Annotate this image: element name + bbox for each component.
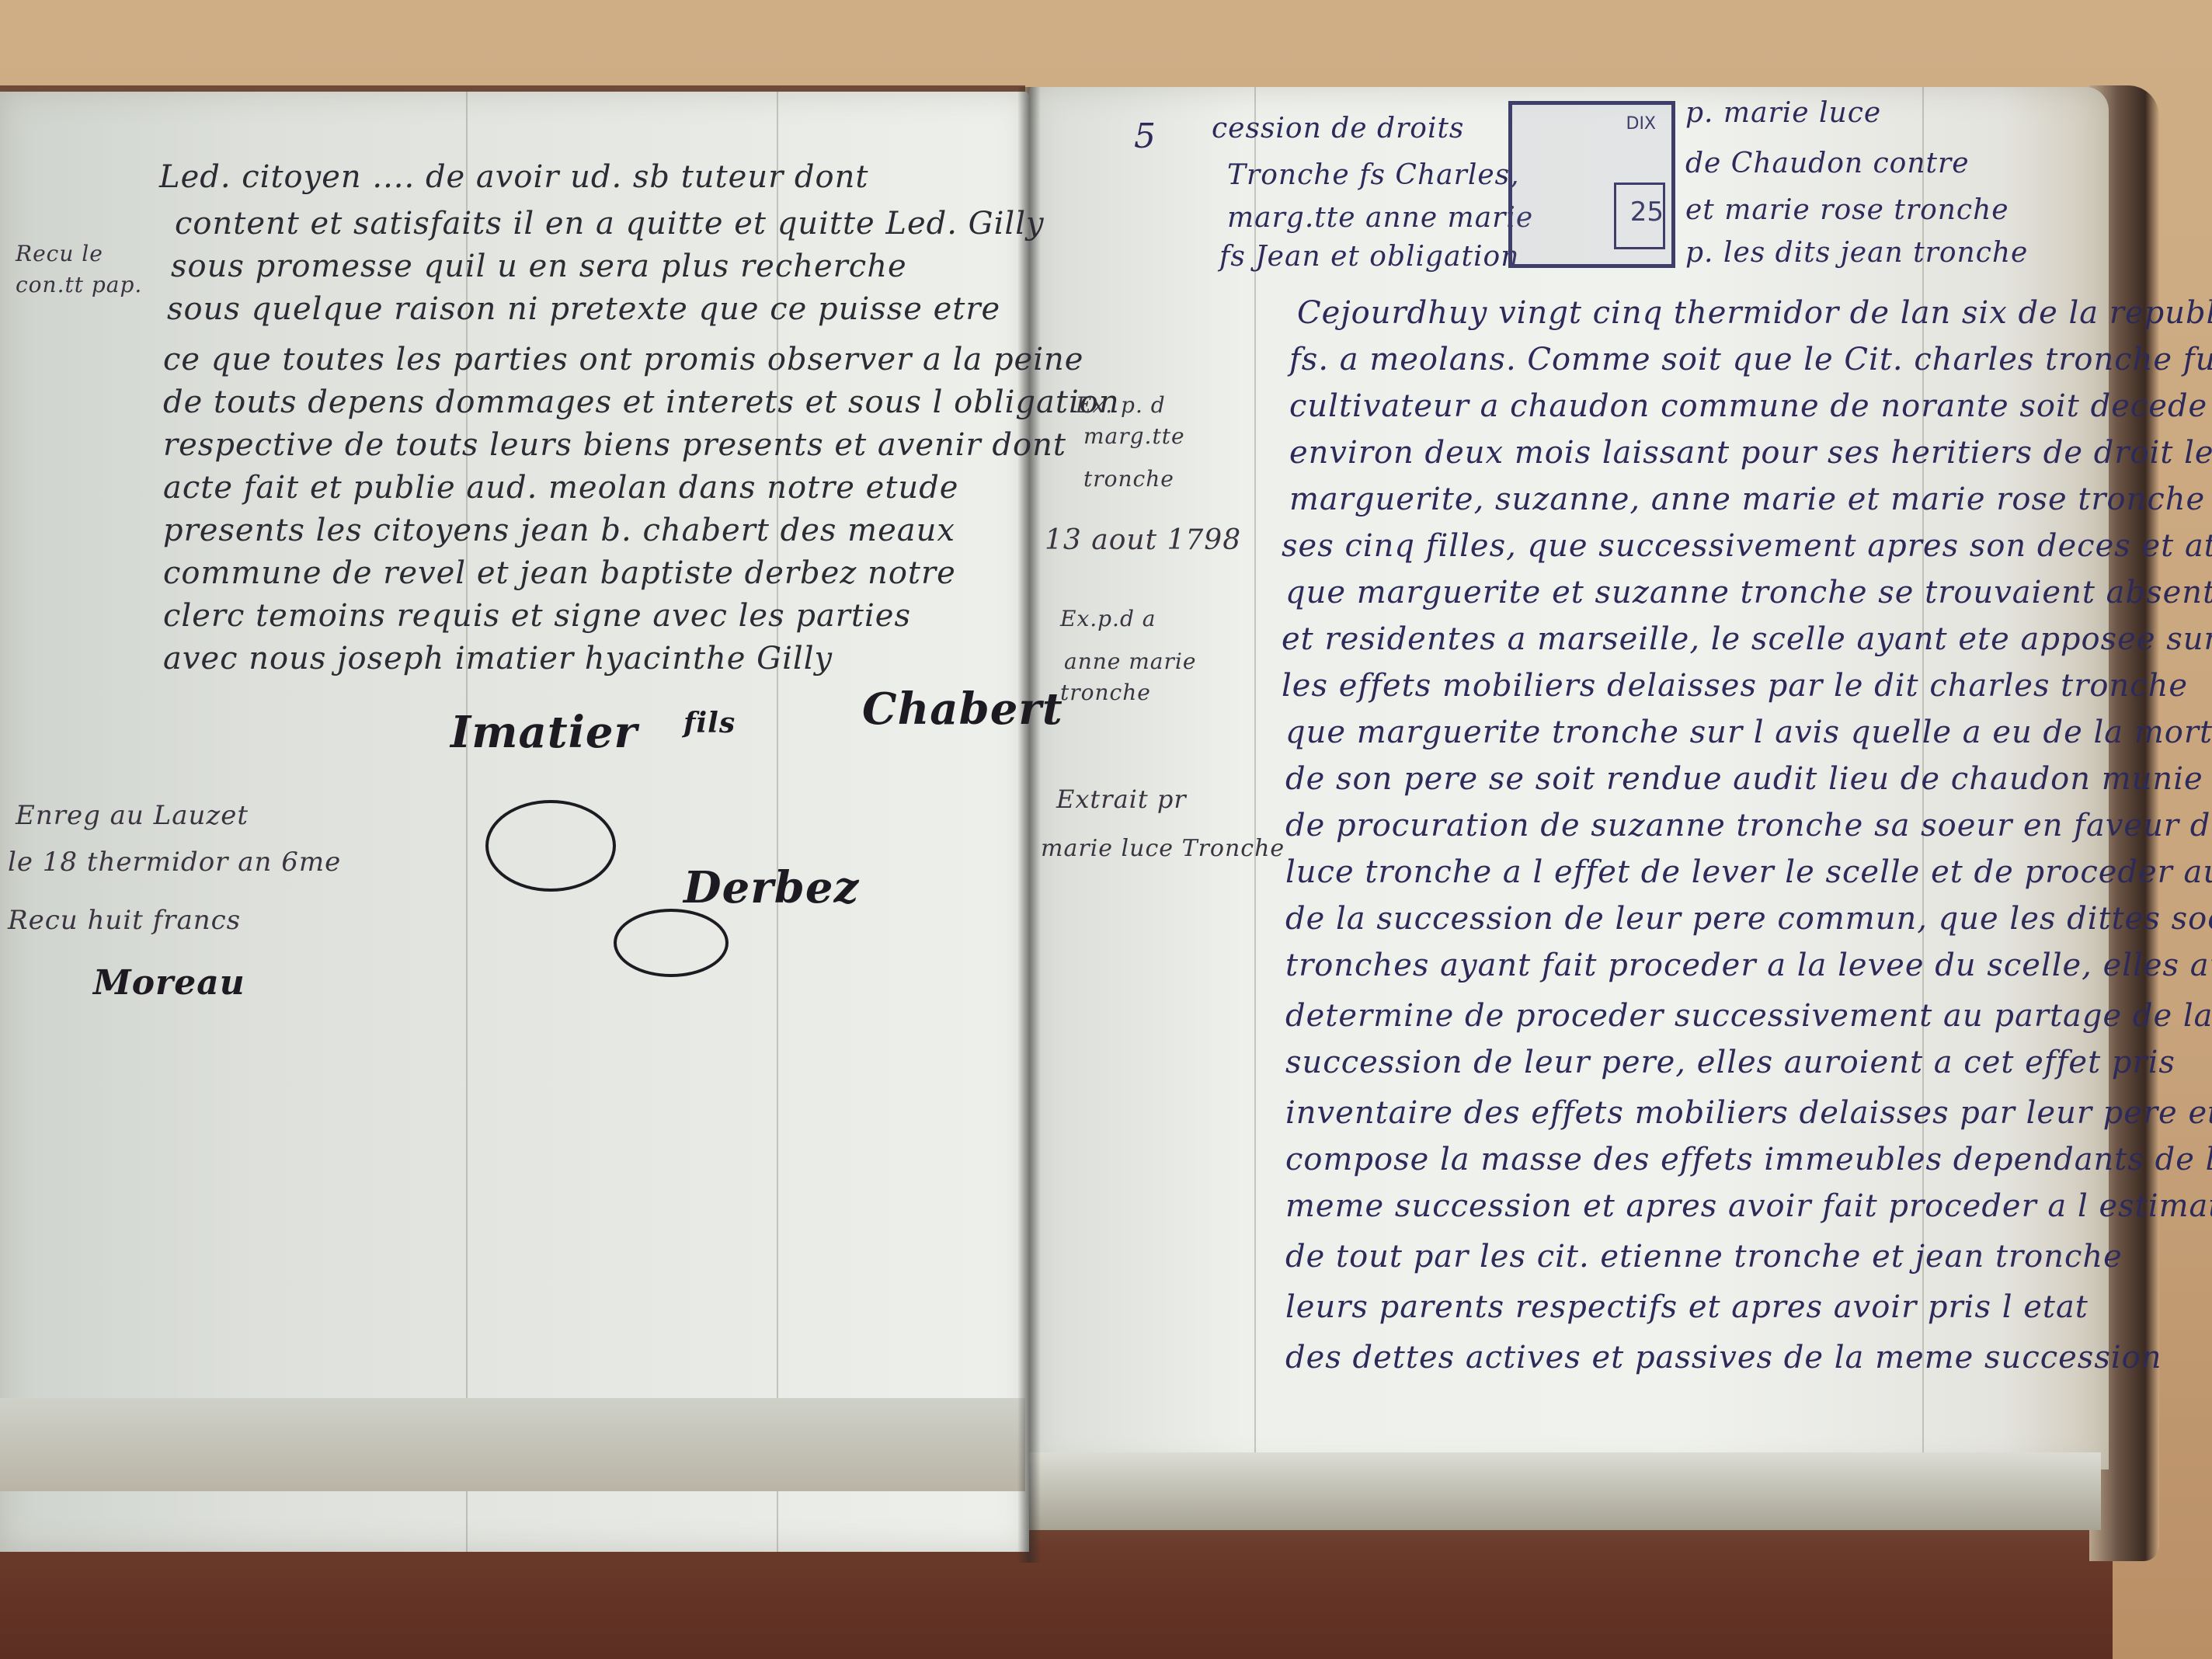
header-line: p. marie luce [1685, 97, 1881, 129]
margin-note-line: tronche [1060, 680, 1151, 705]
text-line: respective de touts leurs biens presents… [163, 427, 1066, 463]
text-line: meme succession et apres avoir fait proc… [1285, 1188, 2212, 1224]
signature-flourish [485, 800, 616, 892]
signature: fils [683, 707, 736, 739]
text-line: que marguerite tronche sur l avis quelle… [1285, 715, 2212, 750]
signature: Moreau [93, 963, 245, 1003]
text-line: les effets mobiliers delaisses par le di… [1282, 668, 2188, 704]
text-line: Cejourdhuy vingt cinq thermidor de lan s… [1297, 295, 2212, 331]
text-line: que marguerite et suzanne tronche se tro… [1285, 575, 2212, 610]
right-page-folded-bottom [1029, 1452, 2101, 1530]
margin-note-line: marie luce Tronche [1041, 835, 1285, 862]
text-line: de touts depens dommages et interets et … [163, 384, 1120, 420]
left-page-folded-bottom [0, 1398, 1025, 1491]
text-line: inventaire des effets mobiliers delaisse… [1285, 1095, 2212, 1131]
text-line: determine de proceder successivement au … [1285, 998, 2212, 1034]
margin-note-line: Extrait pr [1056, 784, 1187, 814]
header-line: marg.tte anne marie [1227, 202, 1533, 234]
text-line: acte fait et publie aud. meolan dans not… [163, 470, 958, 506]
header-line: cession de droits [1212, 113, 1464, 144]
text-line: et residentes a marseille, le scelle aya… [1282, 621, 2212, 657]
margin-note-line: marg.tte [1083, 423, 1185, 449]
margin-note-line: tronche [1083, 466, 1174, 492]
text-line: sous quelque raison ni pretexte que ce p… [167, 291, 1000, 327]
signature: Imatier [450, 707, 638, 758]
text-line: content et satisfaits il en a quitte et … [175, 206, 1045, 242]
text-line: luce tronche a l effet de lever le scell… [1285, 854, 2212, 890]
text-line: presents les citoyens jean b. chabert de… [163, 513, 955, 548]
header-line: Tronche fs Charles, [1227, 159, 1520, 191]
text-line: des dettes actives et passives de la mem… [1285, 1340, 2162, 1376]
text-line: environ deux mois laissant pour ses heri… [1289, 435, 2212, 471]
text-line: ce que toutes les parties ont promis obs… [163, 342, 1083, 377]
registration-line: Enreg au Lauzet [16, 800, 249, 831]
header-line: de Chaudon contre [1685, 148, 1970, 179]
tax-stamp: DIX 25 [1508, 101, 1675, 268]
registration-line: Recu huit francs [8, 905, 241, 936]
folio-number: 5 [1134, 117, 1156, 156]
text-line: tronches ayant fait proceder a la levee … [1285, 948, 2212, 983]
text-line: de son pere se soit rendue audit lieu de… [1285, 761, 2203, 797]
signature: Chabert [862, 683, 1063, 735]
signature-flourish [614, 909, 729, 977]
margin-note-line: Ex.p.d a [1060, 606, 1156, 631]
text-line: clerc temoins requis et signe avec les p… [163, 598, 911, 634]
margin-note-line: anne marie [1064, 649, 1196, 674]
text-line: de procuration de suzanne tronche sa soe… [1285, 808, 2212, 843]
stamp-value: 25 [1630, 197, 1664, 228]
text-line: cultivateur a chaudon commune de norante… [1289, 388, 2212, 424]
text-line: de tout par les cit. etienne tronche et … [1285, 1239, 2123, 1275]
text-line: compose la masse des effets immeubles de… [1285, 1142, 2212, 1177]
signature: Derbez [683, 862, 859, 913]
margin-note-line: con.tt pap. [16, 272, 142, 297]
margin-note-line: Ex. p. d [1076, 392, 1166, 418]
book-gutter [1017, 87, 1041, 1563]
text-line: avec nous joseph imatier hyacinthe Gilly [163, 641, 833, 676]
stamp-top-text: DIX [1626, 114, 1657, 134]
text-line: fs. a meolans. Comme soit que le Cit. ch… [1289, 342, 2212, 377]
text-line: commune de revel et jean baptiste derbez… [163, 555, 956, 591]
text-line: Led. citoyen .... de avoir ud. sb tuteur… [159, 159, 868, 195]
margin-date: 13 aout 1798 [1045, 524, 1241, 556]
text-line: sous promesse quil u en sera plus recher… [171, 249, 907, 284]
text-line: ses cinq filles, que successivement apre… [1282, 528, 2212, 564]
text-line: marguerite, suzanne, anne marie et marie… [1289, 482, 2205, 517]
header-line: fs Jean et obligation [1219, 241, 1519, 273]
registration-line: le 18 thermidor an 6me [8, 847, 341, 878]
margin-note-line: Recu le [16, 241, 103, 266]
header-line: p. les dits jean tronche [1685, 237, 2028, 269]
header-line: et marie rose tronche [1685, 194, 2009, 226]
text-line: de la succession de leur pere commun, qu… [1285, 901, 2212, 937]
text-line: leurs parents respectifs et apres avoir … [1285, 1289, 2089, 1325]
text-line: succession de leur pere, elles auroient … [1285, 1045, 2175, 1080]
